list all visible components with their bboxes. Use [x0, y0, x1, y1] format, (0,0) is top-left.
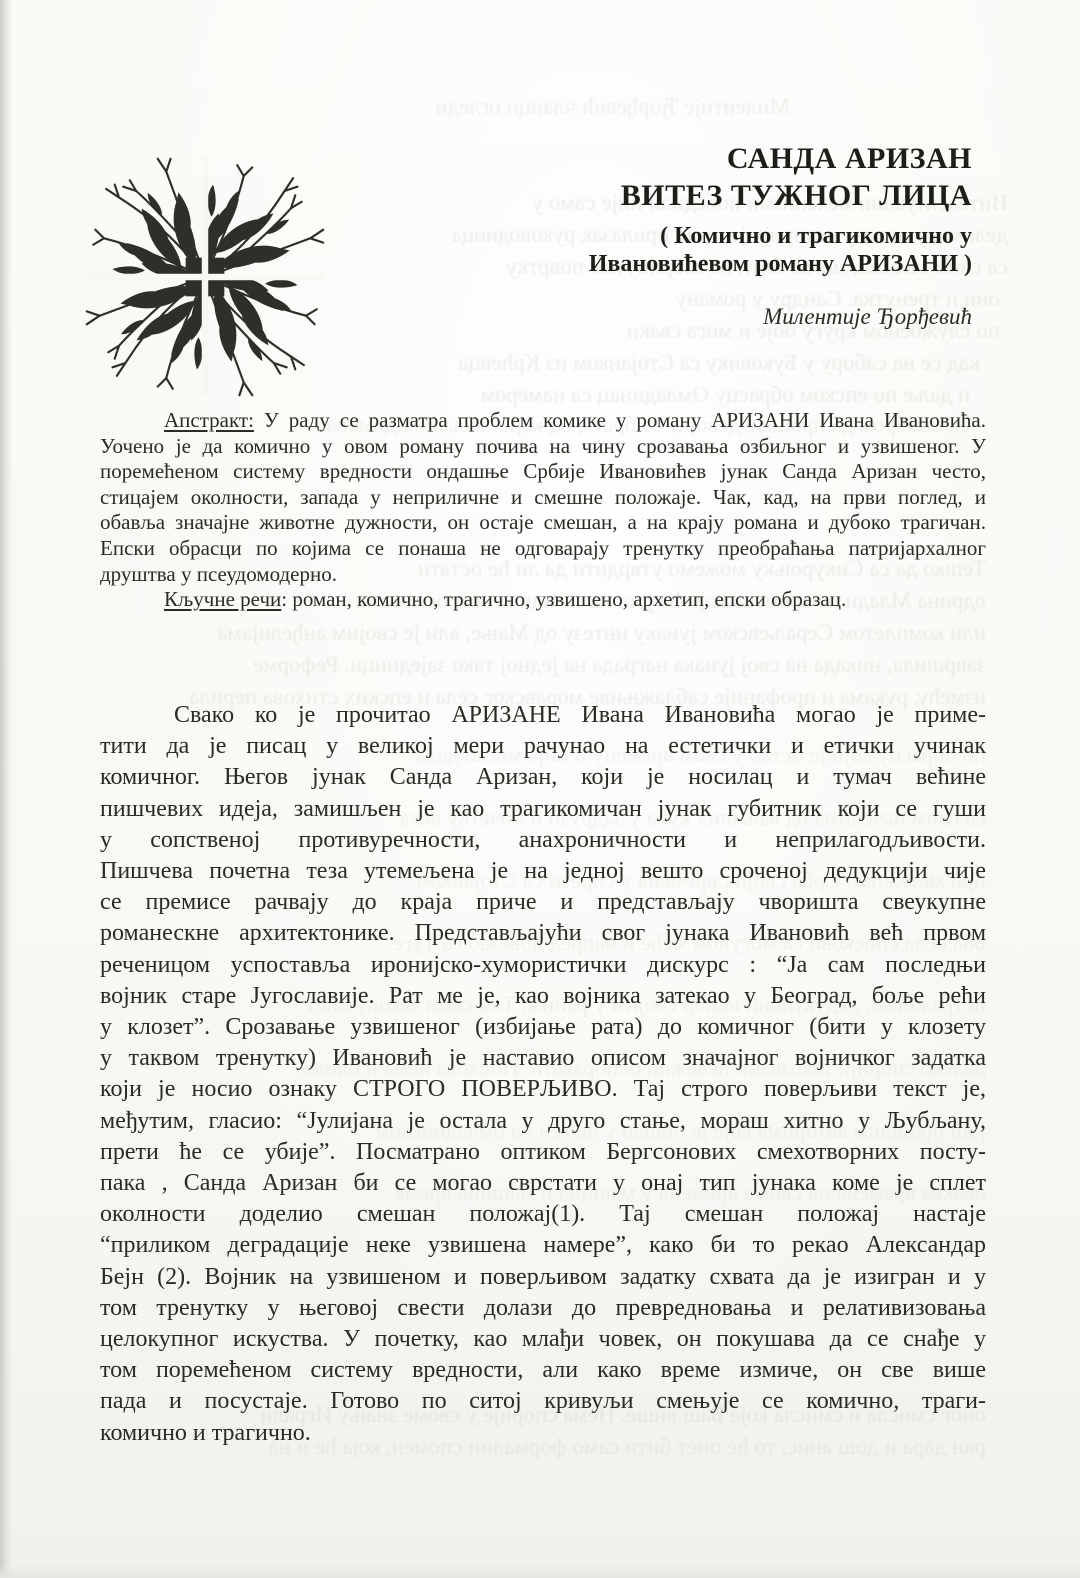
text-line: том тренутку у његовој свести долази до …: [100, 1293, 986, 1324]
body-paragraph: Свако ко је прочитао АРИЗАНЕ Ивана Ивано…: [100, 700, 986, 1449]
underlined-label: Апстракт:: [164, 408, 254, 432]
subtitle-line-1: ( Комично и трагикомично у: [372, 222, 972, 250]
text-line: комично и трагично.: [100, 1418, 986, 1449]
text-line: пишчевих идеја, замишљен је као трагиком…: [100, 794, 986, 825]
text-line: у клозет”. Срозавање узвишеног (избијање…: [100, 1012, 986, 1043]
text-line: реченицом успоставља иронијско-хумористи…: [100, 950, 986, 981]
text-line: околности доделио смешан положај(1). Тај…: [100, 1199, 986, 1230]
text-line: прети ће се убије”. Посматрано оптиком Б…: [100, 1137, 986, 1168]
text-line: Апстракт: У раду се разматра проблем ком…: [100, 408, 986, 434]
page-content: САНДА АРИЗАН ВИТЕЗ ТУЖНОГ ЛИЦА ( Комично…: [0, 0, 1080, 1578]
text-line: који је носио ознаку СТРОГО ПОВЕРЉИВО. Т…: [100, 1074, 986, 1105]
ink-branch-emblem-icon: [76, 146, 334, 408]
underlined-label: Кључне речи: [164, 587, 281, 611]
article-subtitle: ( Комично и трагикомично у Ивановићевом …: [372, 222, 972, 278]
article-title: САНДА АРИЗАН ВИТЕЗ ТУЖНОГ ЛИЦА: [372, 140, 972, 214]
text-line: стицајем околности, запада у неприличне …: [100, 485, 986, 511]
title-line-1: САНДА АРИЗАН: [372, 140, 972, 177]
text-line: друштва у псеудомодерно.: [100, 562, 986, 588]
text-line: Уочено је да комично у овом роману почив…: [100, 434, 986, 460]
author-name: Милентије Ђорђевић: [372, 304, 972, 330]
text-line: том поремећеном систему вредности, али к…: [100, 1355, 986, 1386]
text-line: пада и посустаје. Готово по ситој кривуљ…: [100, 1386, 986, 1417]
text-line: Свако ко је прочитао АРИЗАНЕ Ивана Ивано…: [100, 700, 986, 731]
scanned-page: Милентије Ђорђевић чланци огледиИнтелект…: [0, 0, 1080, 1578]
text-line: Епски обрасци по којима се понаша не одг…: [100, 536, 986, 562]
abstract-paragraph: Апстракт: У раду се разматра проблем ком…: [100, 408, 986, 613]
subtitle-line-2: Ивановићевом роману АРИЗАНИ ): [372, 250, 972, 278]
text-line: поремећеном систему вредности ондашње Ср…: [100, 459, 986, 485]
text-line: у сопственој противуречности, анахроничн…: [100, 825, 986, 856]
text-line: тити да је писац у великој мери рачунао …: [100, 731, 986, 762]
text-line: међутим, гласио: “Јулијана је остала у д…: [100, 1106, 986, 1137]
text-line: пака , Санда Аризан би се могао сврстати…: [100, 1168, 986, 1199]
text-line: комичног. Његов јунак Санда Аризан, који…: [100, 762, 986, 793]
text-line: Пишчева почетна теза утемељена је на јед…: [100, 856, 986, 887]
text-line: Бејн (2). Војник на узвишеном и поверљив…: [100, 1262, 986, 1293]
text-line: се премисе рачвају до краја приче и пред…: [100, 887, 986, 918]
text-line: обавља значајне животне дужности, он ост…: [100, 510, 986, 536]
text-line: “приликом деградације неке узвишена наме…: [100, 1230, 986, 1261]
text-line: романескне архитектонике. Представљајући…: [100, 918, 986, 949]
title-line-2: ВИТЕЗ ТУЖНОГ ЛИЦА: [372, 177, 972, 214]
text-line: целокупног искуства. У почетку, као млађ…: [100, 1324, 986, 1355]
text-line: у таквом тренутку) Ивановић је наставио …: [100, 1043, 986, 1074]
text-line: Кључне речи: роман, комично, трагично, у…: [100, 587, 986, 613]
text-line: војник старе Југославије. Рат ме је, као…: [100, 981, 986, 1012]
